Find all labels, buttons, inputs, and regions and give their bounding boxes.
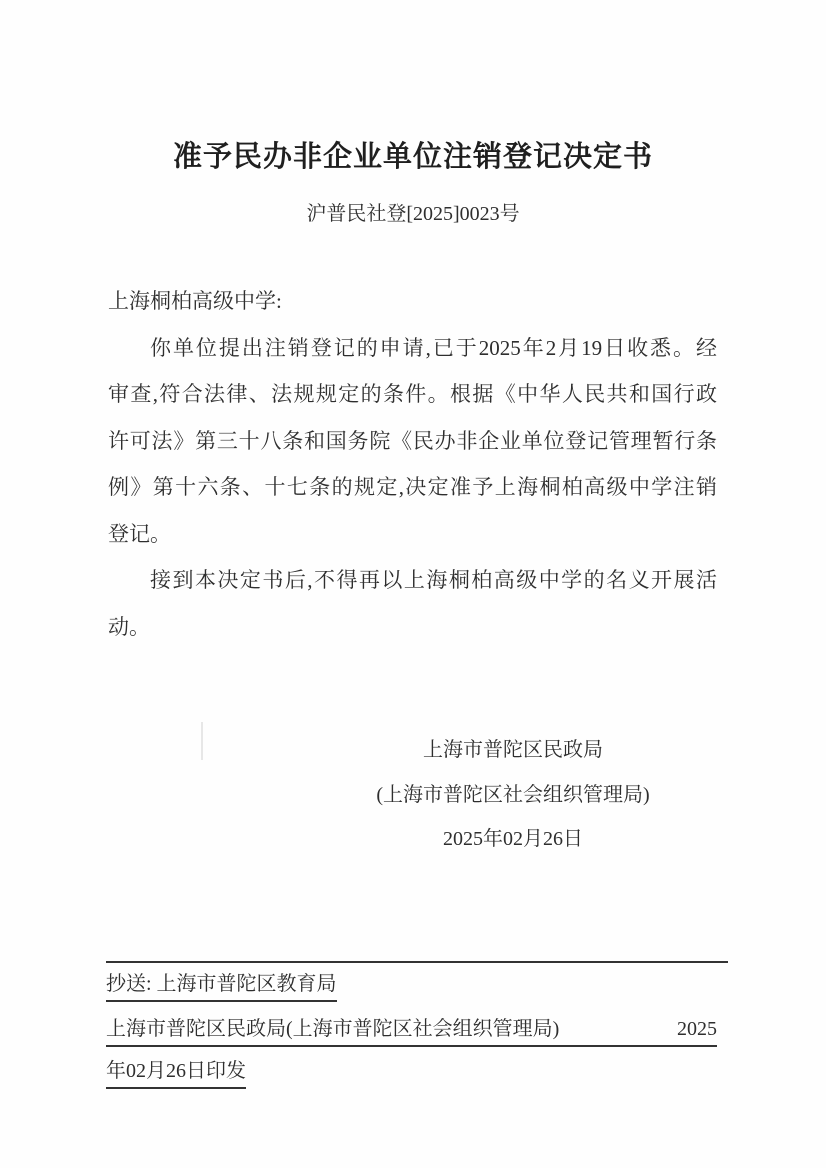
body-line: 登记。	[108, 511, 717, 558]
issuer-text: 上海市普陀区民政局(上海市普陀区社会组织管理局)	[106, 1015, 559, 1044]
document-page: 准予民办非企业单位注销登记决定书 沪普民社登[2025]0023号 上海桐柏高级…	[0, 0, 826, 1168]
signature-date: 2025年02月26日	[352, 817, 674, 862]
issuing-org: 上海市普陀区民政局	[352, 728, 674, 773]
signature-block: 上海市普陀区民政局 (上海市普陀区社会组织管理局) 2025年02月26日	[352, 728, 674, 862]
issuing-org-alternate: (上海市普陀区社会组织管理局)	[352, 773, 674, 818]
body-line: 许可法》第三十八条和国务院《民办非企业单位登记管理暂行条	[108, 418, 717, 465]
body-line: 你单位提出注销登记的申请,已于2025年2月19日收悉。经	[108, 325, 717, 372]
body-line: 接到本决定书后,不得再以上海桐柏高级中学的名义开展活	[108, 557, 717, 604]
scan-artifact	[201, 722, 203, 760]
issue-year: 2025	[677, 1015, 717, 1044]
body-line: 动。	[108, 604, 717, 651]
issuer-line: 上海市普陀区民政局(上海市普陀区社会组织管理局) 2025	[106, 1015, 717, 1047]
document-number: 沪普民社登[2025]0023号	[0, 199, 826, 229]
salutation-line: 上海桐柏高级中学:	[108, 278, 717, 325]
cc-line: 抄送: 上海市普陀区教育局	[106, 970, 337, 1002]
body-line: 例》第十六条、十七条的规定,决定准予上海桐柏高级中学注销	[108, 464, 717, 511]
body-line: 审查,符合法律、法规规定的条件。根据《中华人民共和国行政	[108, 371, 717, 418]
document-title: 准予民办非企业单位注销登记决定书	[0, 139, 826, 175]
footer-divider	[106, 961, 728, 963]
issue-date-line: 年02月26日印发	[106, 1057, 246, 1089]
document-body: 上海桐柏高级中学: 你单位提出注销登记的申请,已于2025年2月19日收悉。经 …	[108, 278, 717, 650]
